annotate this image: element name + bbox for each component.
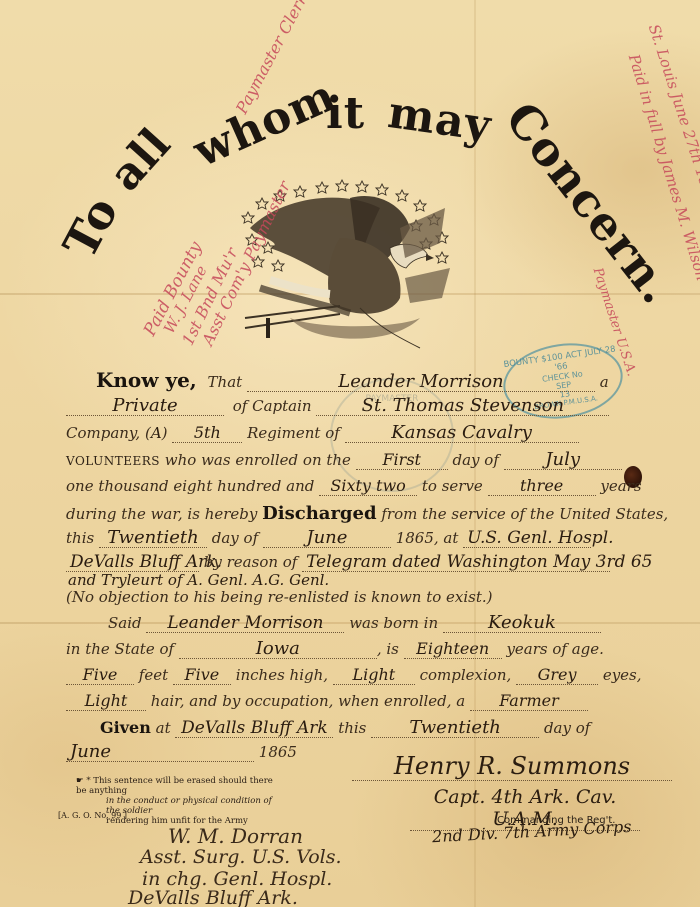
enrolled-year-field: Sixty two xyxy=(319,477,417,496)
birthplace-field: Keokuk xyxy=(443,614,601,633)
label: Said xyxy=(108,614,142,632)
eye-color-field: Grey xyxy=(516,666,598,685)
form-line-discharged: during the war, is hereby Discharged fro… xyxy=(66,503,700,524)
form-line-born: Said Leander Morrison was born in Keokuk xyxy=(108,614,700,633)
form-line-know-ye: Know ye, That Leander Morrison a xyxy=(96,368,700,392)
title-word: it xyxy=(326,88,365,139)
label: to serve xyxy=(422,477,483,495)
title-word: To xyxy=(53,187,130,267)
reason-field: and Tryleurt of A. Genl. A.G. Genl. xyxy=(68,571,329,589)
label: complexion, xyxy=(420,666,512,684)
occupation-field: Farmer xyxy=(470,692,588,711)
eagle-icon xyxy=(230,168,470,358)
given-day-field: Twentieth xyxy=(371,719,539,738)
given-year: 1865 xyxy=(259,743,297,761)
discharged-heading: Discharged xyxy=(262,503,376,524)
regiment-name-field: Kansas Cavalry xyxy=(345,424,579,443)
label: in the State of xyxy=(66,640,174,658)
label: this xyxy=(338,719,366,737)
footnote-text: * This sentence will be erased should th… xyxy=(76,776,273,796)
soldier-name-field: Leander Morrison xyxy=(247,373,595,392)
label: during the war, is hereby xyxy=(66,505,257,523)
form-line-date-place: this Twentieth day of June 1865, at U.S.… xyxy=(66,529,700,548)
form-line-rank: Private of Captain St. Thomas Stevenson xyxy=(66,397,700,416)
company-letter-field: A xyxy=(151,424,162,442)
surgeon-signature: W. M. Dorran xyxy=(168,824,303,848)
height-inches-field: Five xyxy=(173,666,231,685)
service-term-field: three xyxy=(488,477,596,496)
eagle-engraving xyxy=(230,168,470,358)
label: this xyxy=(66,529,94,547)
discharge-place-field: U.S. Genl. Hospl. xyxy=(463,529,591,548)
said-name-field: Leander Morrison xyxy=(146,614,344,633)
label: , at xyxy=(434,529,459,547)
discharge-document: To all whom it may Concern. xyxy=(0,0,700,907)
hair-color-field: Light xyxy=(66,692,146,711)
label: feet xyxy=(139,666,168,684)
form-line-year: one thousand eight hundred and Sixty two… xyxy=(66,477,700,496)
surgeon-line: DeValls Bluff Ark. xyxy=(128,887,298,907)
complexion-field: Light xyxy=(333,666,415,685)
enrolled-month-field: July xyxy=(504,451,622,470)
label: inches high, xyxy=(236,666,328,684)
no-objection-text: (No objection to his being re-enlisted i… xyxy=(66,588,493,606)
label: day of xyxy=(544,719,590,737)
given-place-field: DeValls Bluff Ark xyxy=(175,719,333,738)
label: by reason of xyxy=(204,553,298,571)
label: who was enrolled on the xyxy=(165,451,351,469)
enrolled-day-field: First xyxy=(356,451,448,470)
rank-field: Private xyxy=(66,397,224,416)
form-line-description: Five feet Five inches high, Light comple… xyxy=(66,666,700,685)
form-line-occupation: Light hair, and by occupation, when enro… xyxy=(66,692,700,711)
know-ye-heading: Know ye, xyxy=(96,368,197,392)
label: Regiment of xyxy=(247,424,340,442)
form-line-state: in the State of Iowa, is Eighteen years … xyxy=(66,640,700,659)
form-line-reason: DeValls Bluff Ark. by reason of Telegram… xyxy=(66,553,700,572)
label: eyes, xyxy=(603,666,642,684)
label: of Captain xyxy=(233,397,312,415)
label: ) xyxy=(162,424,168,442)
given-heading: Given xyxy=(100,718,151,737)
captain-name-field: St. Thomas Stevenson xyxy=(316,397,609,416)
title-word: all xyxy=(100,118,181,200)
label: day of xyxy=(212,529,258,547)
discharge-year: 1865 xyxy=(396,529,434,547)
label: hair, and by occupation, when enrolled, … xyxy=(151,692,465,710)
form-line-company: Company, (A) 5th Regiment of Kansas Cava… xyxy=(66,424,700,443)
height-feet-field: Five xyxy=(66,666,134,685)
label: VOLUNTEERS xyxy=(66,454,160,468)
pointing-hand-icon: ☛ xyxy=(76,776,84,786)
label: a xyxy=(600,373,609,391)
form-line-no-objection: (No objection to his being re-enlisted i… xyxy=(66,588,700,606)
label: from the service of the United States, xyxy=(381,505,668,523)
birth-state-field: Iowa xyxy=(179,640,377,659)
surgeon-title: Asst. Surg. U.S. Vols. xyxy=(140,846,342,868)
label: was born in xyxy=(349,614,438,632)
label: years of age. xyxy=(506,640,603,658)
form-line-enrolled: VOLUNTEERS who was enrolled on the First… xyxy=(66,451,700,470)
label: , is xyxy=(377,640,399,658)
label: Company, ( xyxy=(66,424,151,442)
discharge-place-field: DeValls Bluff Ark. xyxy=(66,553,199,572)
discharge-month-field: June xyxy=(263,529,391,548)
regiment-number-field: 5th xyxy=(172,424,242,443)
label: at xyxy=(156,719,171,737)
discharge-day-field: Twentieth xyxy=(99,529,207,548)
label: day of xyxy=(453,451,499,469)
reason-field: Telegram dated Washington May 3rd 65 xyxy=(302,553,610,572)
label: one thousand eight hundred and xyxy=(66,477,314,495)
form-number: [A. G. O. No. 99 ] xyxy=(58,811,127,821)
age-field: Eighteen xyxy=(404,640,502,659)
title-word: may xyxy=(385,87,495,152)
form-line-given: Given at DeValls Bluff Ark this Twentiet… xyxy=(100,718,700,738)
given-month-field: June xyxy=(66,743,254,762)
form-line-reason-2: and Tryleurt of A. Genl. A.G. Genl. xyxy=(68,571,700,589)
commander-signature: Henry R. Summons xyxy=(352,752,672,781)
label: That xyxy=(208,373,243,391)
label: years xyxy=(600,477,641,495)
